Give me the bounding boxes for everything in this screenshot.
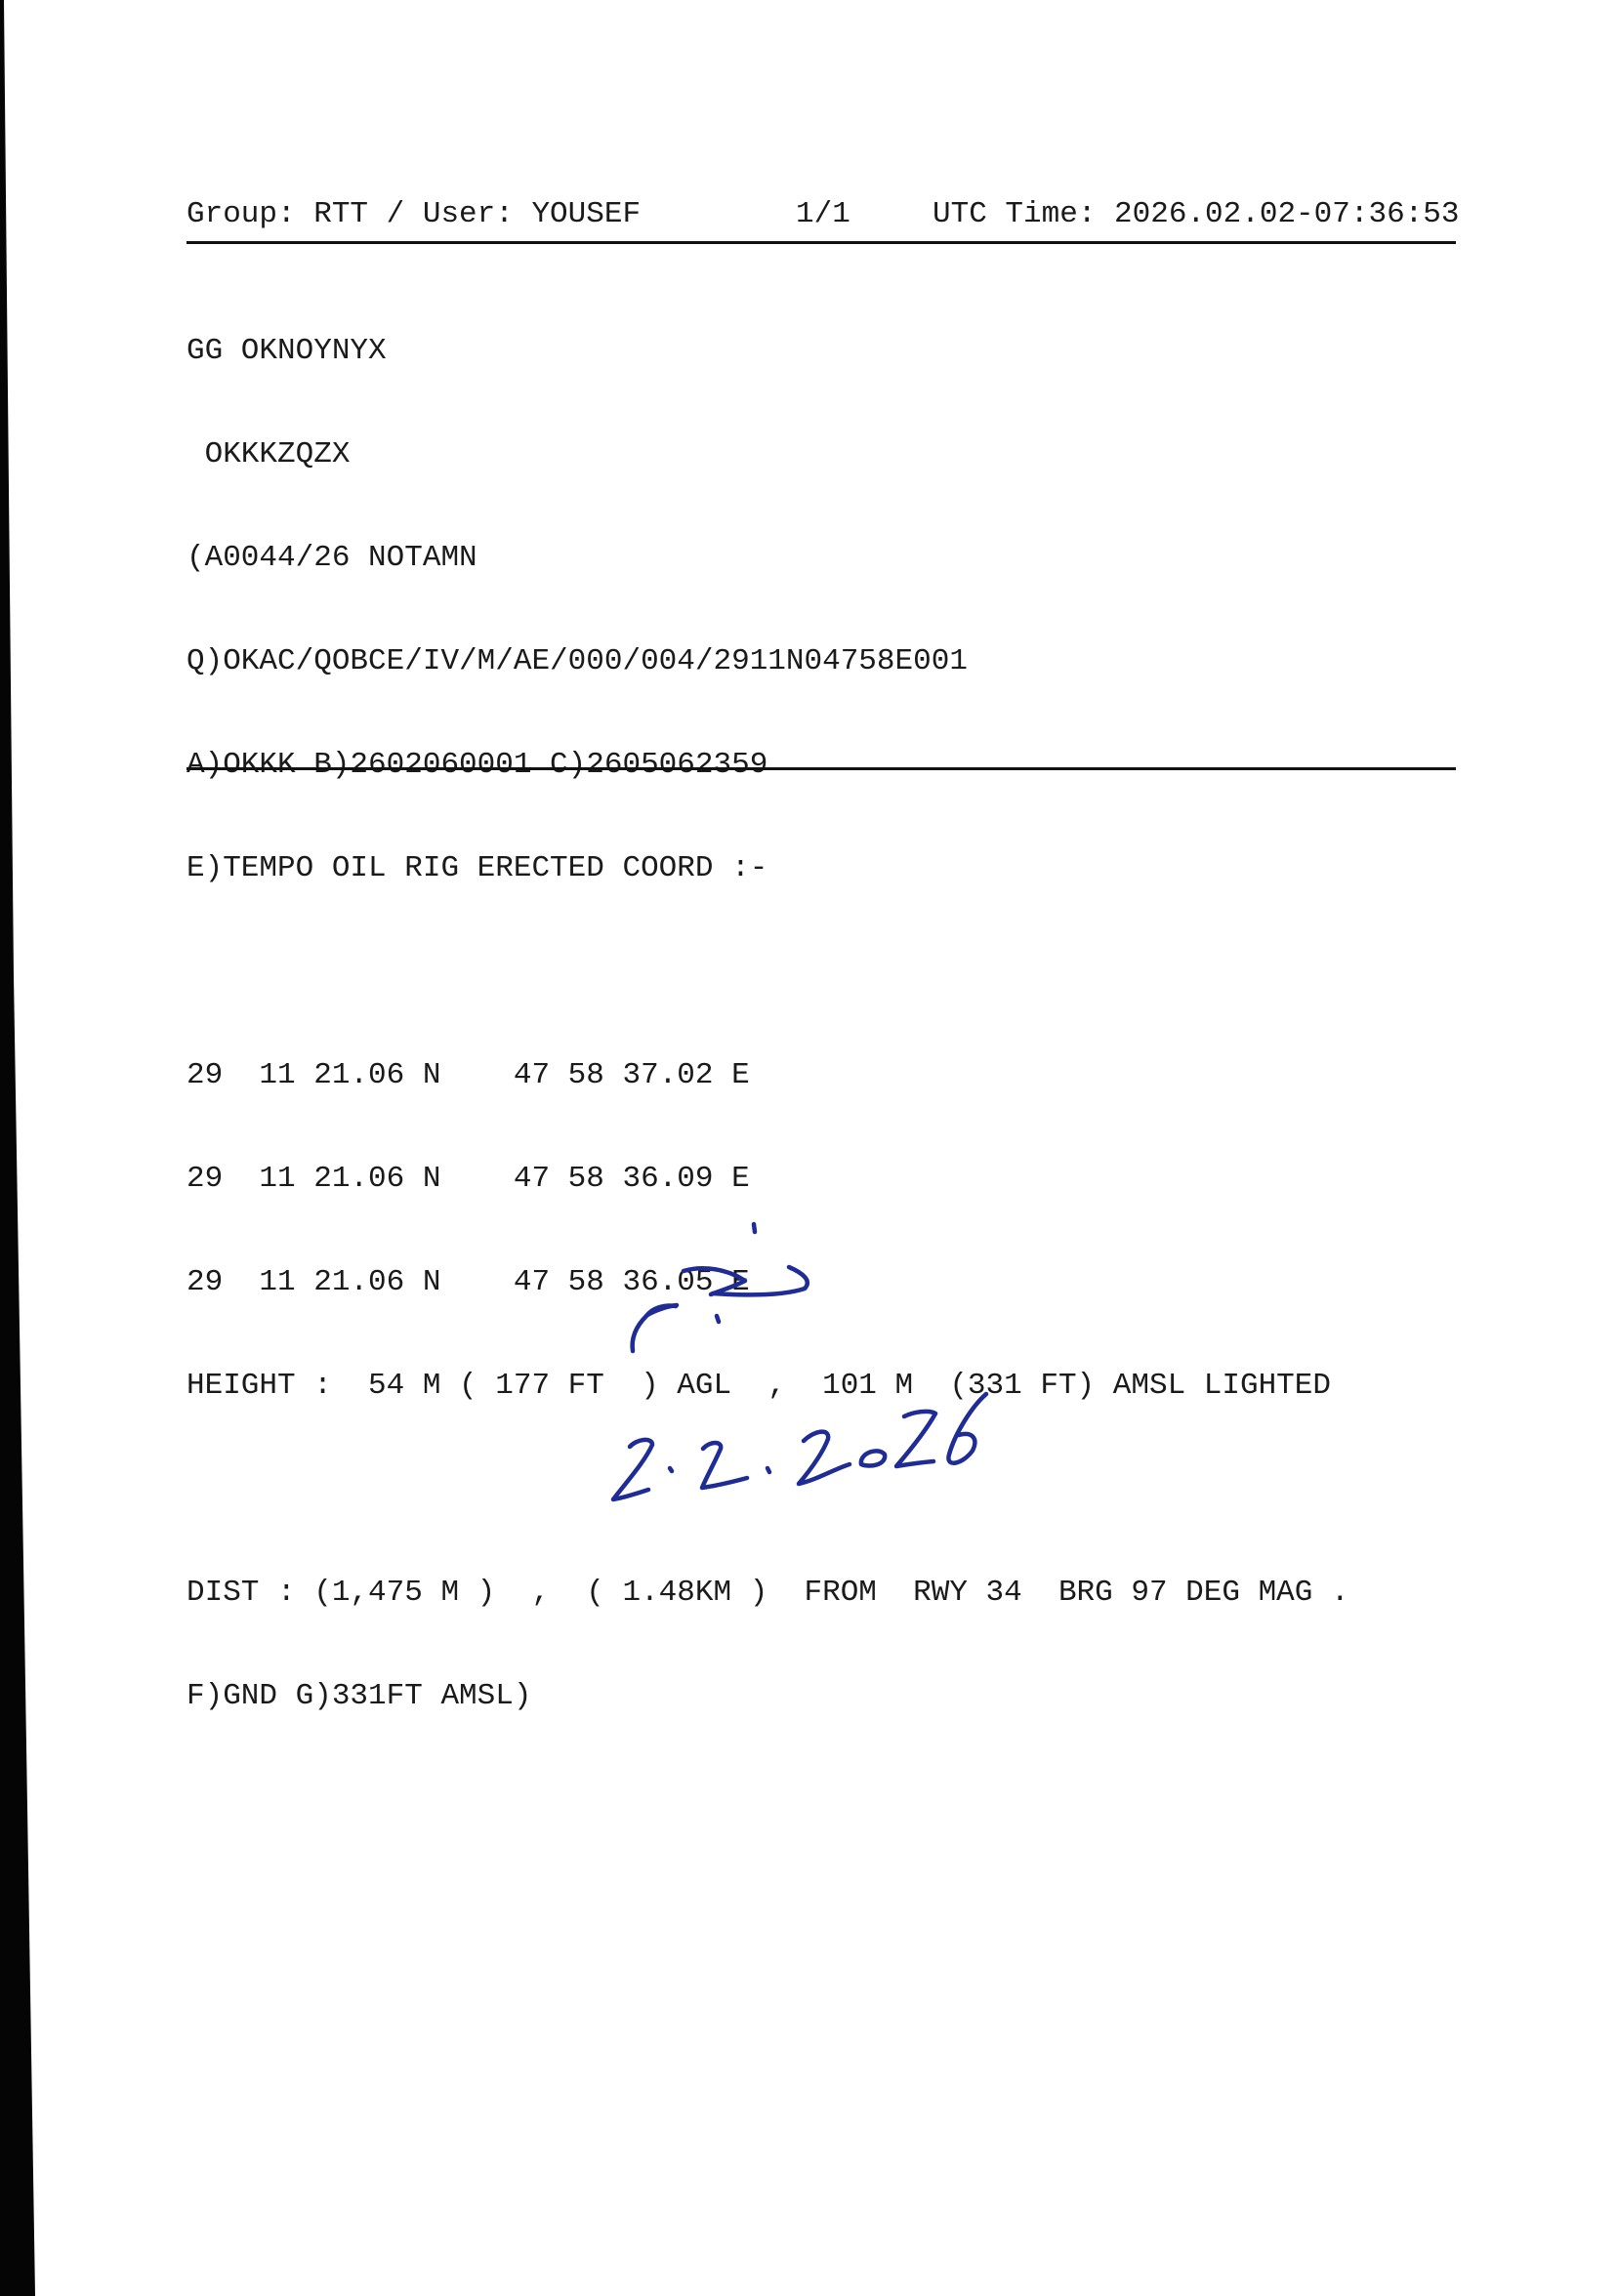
- message-line-blank: [187, 1472, 1349, 1507]
- header-utc-time: UTC Time: 2026.02.02-07:36:53: [933, 197, 1458, 232]
- scan-border-edge: [0, 0, 59, 2296]
- message-line-coordinate: 29 11 21.06 N 47 58 36.05 E: [187, 1265, 1349, 1300]
- message-line-abc-fields: A)OKKK B)2602060001 C)2605062359: [187, 748, 1349, 783]
- message-line-e-field: E)TEMPO OIL RIG ERECTED COORD :-: [187, 851, 1349, 886]
- message-line-fg-fields: F)GND G)331FT AMSL): [187, 1679, 1349, 1714]
- scanned-notam-page: Group: RTT / User: YOUSEF 1/1 UTC Time: …: [0, 0, 1617, 2296]
- message-line-coordinate: 29 11 21.06 N 47 58 36.09 E: [187, 1162, 1349, 1197]
- header-divider: [187, 241, 1456, 244]
- message-line-blank: [187, 955, 1349, 990]
- footer-divider: [187, 767, 1456, 770]
- message-line-coordinate: 29 11 21.06 N 47 58 37.02 E: [187, 1058, 1349, 1093]
- message-line-height: HEIGHT : 54 M ( 177 FT ) AGL , 101 M (33…: [187, 1369, 1349, 1404]
- header-group-user: Group: RTT / User: YOUSEF: [187, 197, 641, 232]
- notam-message: GG OKNOYNYX OKKKZQZX (A0044/26 NOTAMN Q)…: [187, 266, 1349, 1783]
- message-line-distance: DIST : (1,475 M ) , ( 1.48KM ) FROM RWY …: [187, 1576, 1349, 1611]
- message-line-originator: OKKKZQZX: [187, 437, 1349, 472]
- message-line-q-field: Q)OKAC/QOBCE/IV/M/AE/000/004/2911N04758E…: [187, 644, 1349, 679]
- header-page-number: 1/1: [796, 197, 850, 232]
- message-line-priority-address: GG OKNOYNYX: [187, 334, 1349, 369]
- message-line-notam-id: (A0044/26 NOTAMN: [187, 541, 1349, 576]
